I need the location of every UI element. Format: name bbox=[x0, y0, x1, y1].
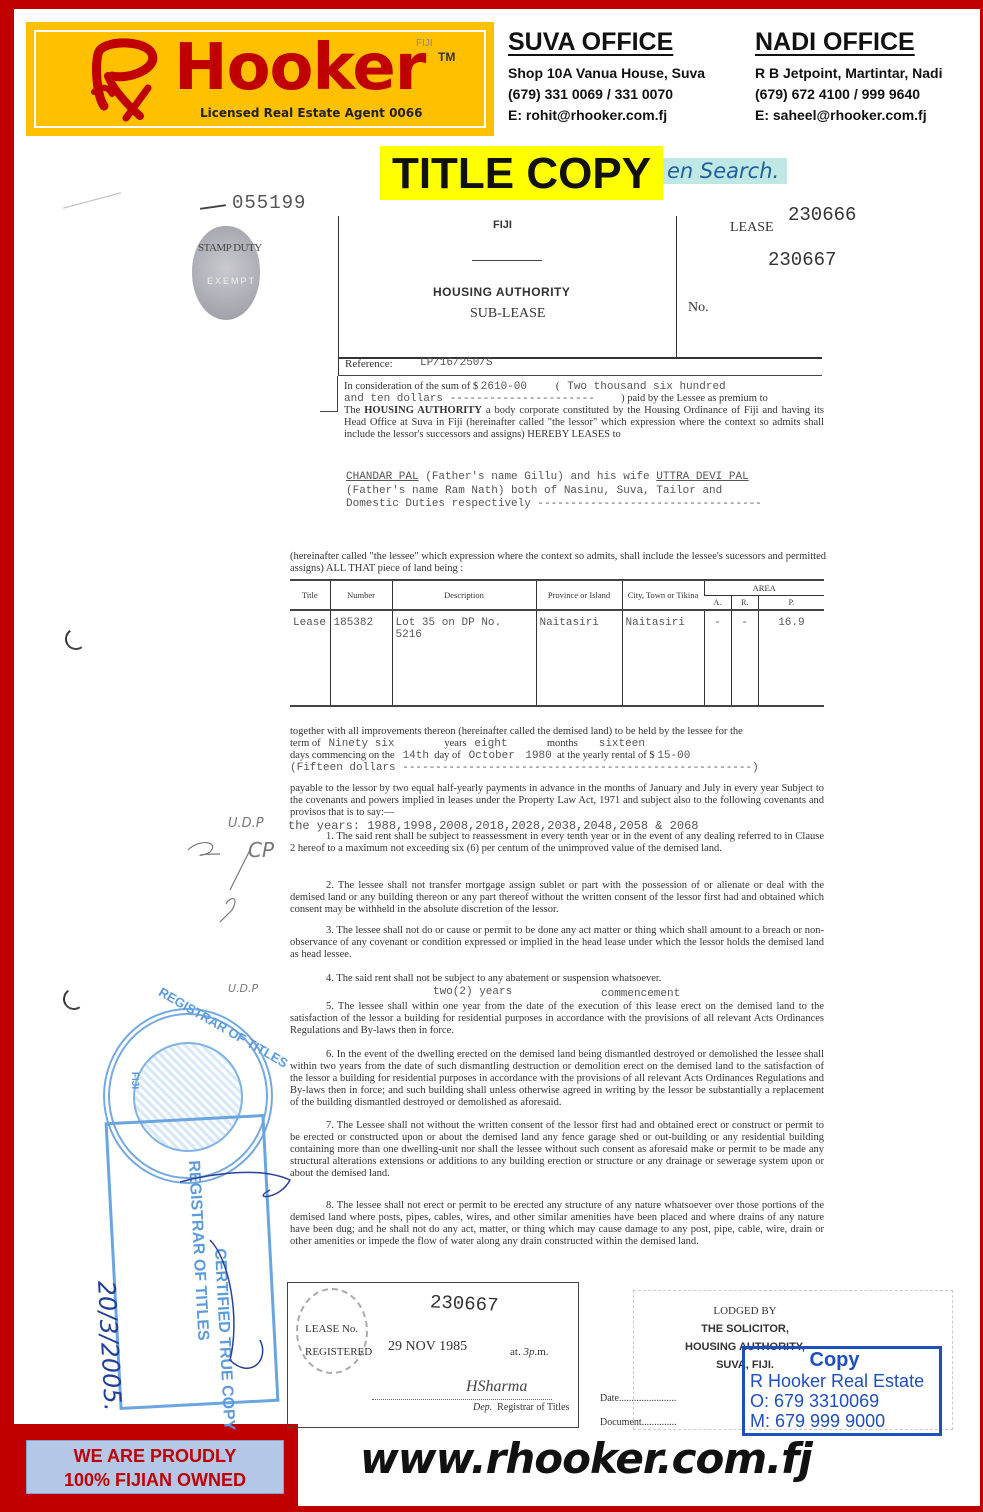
header-divider bbox=[676, 216, 677, 358]
lease-number: 230667 bbox=[768, 249, 836, 271]
header-authority: HOUSING AUTHORITY bbox=[433, 285, 570, 299]
margin-note-udp: U.D.P bbox=[228, 816, 264, 831]
consideration-words-2: and ten dollars ---------------------- bbox=[344, 393, 595, 405]
commence-month: October bbox=[469, 750, 515, 762]
col-area-a: A. bbox=[704, 596, 731, 611]
registrar-signature: HSharma bbox=[466, 1378, 527, 1396]
clause-6-text: 6. In the event of the dwelling erected … bbox=[290, 1049, 824, 1108]
clause-3-text: 3. The lessee shall not do or cause or p… bbox=[290, 925, 824, 960]
registrar-label: Registrar of Titles bbox=[497, 1402, 569, 1413]
lease-number-struck: 230666 bbox=[788, 204, 856, 226]
fijian-owned-line-1: WE ARE PROUDLY bbox=[27, 1444, 283, 1468]
consideration-body-pre: The bbox=[344, 405, 360, 416]
col-city: City, Town or Tikina bbox=[622, 580, 704, 610]
lessee-details-3: Domestic Duties respectively -----------… bbox=[346, 498, 762, 510]
rental-words: (Fifteen dollars -----------------------… bbox=[290, 762, 759, 774]
m-label: .m. bbox=[534, 1346, 548, 1358]
lodged-by-line-1: THE SOLICITOR, bbox=[655, 1320, 835, 1338]
consideration-prefix: In consideration of the sum of $ bbox=[344, 381, 478, 392]
binder-hole-icon bbox=[61, 986, 86, 1011]
registrar-seal-country: FIJI bbox=[129, 1072, 140, 1089]
paren: ( bbox=[556, 381, 560, 392]
rental-label: at the yearly rental of $ bbox=[557, 750, 655, 761]
clause-1: 1. The said rent shall be subject to rea… bbox=[290, 831, 824, 855]
clause-4-text: 4. The said rent shall not be subject to… bbox=[326, 973, 661, 984]
commence-day: 14th bbox=[403, 750, 429, 762]
parcel-table: Title Number Description Province or Isl… bbox=[290, 579, 824, 707]
consideration-body-bold: HOUSING AUTHORITY bbox=[364, 405, 482, 416]
cell-area-a: - bbox=[704, 610, 731, 706]
rental-amount: 15-00 bbox=[657, 750, 690, 762]
consideration-words-1: Two thousand six hundred bbox=[567, 381, 725, 393]
dep-label: Dep. bbox=[473, 1402, 492, 1413]
cell-province: Naitasiri bbox=[536, 610, 622, 706]
document-serial-number: 055199 bbox=[232, 192, 306, 214]
stamp-duty-label: STAMP DUTY bbox=[198, 242, 262, 254]
day-of-label: day of bbox=[434, 750, 461, 761]
at-label: at bbox=[510, 1346, 518, 1358]
clause-7: 7. The Lessee shall not without the writ… bbox=[290, 1120, 824, 1180]
time-value: 3p bbox=[523, 1346, 534, 1358]
clause-2: 2. The lessee shall not transfer mortgag… bbox=[290, 880, 824, 916]
col-province: Province or Island bbox=[536, 580, 622, 610]
hereinafter-paragraph: (hereinafter called "the lessee" which e… bbox=[290, 551, 826, 575]
cell-area-p: 16.9 bbox=[758, 610, 824, 706]
consideration-suffix: ) paid by the Lessee as premium to bbox=[621, 393, 768, 404]
consideration-amount: 2610-00 bbox=[481, 381, 527, 393]
lessee-name-1: CHANDAR PAL bbox=[346, 471, 419, 483]
reference-rule bbox=[338, 375, 822, 376]
clause-4: 4. The said rent shall not be subject to… bbox=[290, 973, 824, 985]
clause-3: 3. The lessee shall not do or cause or p… bbox=[290, 925, 824, 961]
handwritten-initials-icon bbox=[180, 830, 260, 930]
bracket-line bbox=[320, 376, 338, 412]
lodged-date-line: Date....................... bbox=[600, 1393, 676, 1404]
header-rule bbox=[472, 260, 542, 261]
header-doc-type: SUB-LEASE bbox=[470, 306, 545, 322]
col-number: Number bbox=[330, 580, 392, 610]
registration-number: 230667 bbox=[429, 1291, 498, 1317]
margin-note-udp-2: U.D.P bbox=[228, 982, 258, 995]
scan-mark bbox=[63, 192, 121, 208]
col-title: Title bbox=[290, 580, 330, 610]
term-of-label: term of bbox=[290, 738, 321, 749]
fijian-owned-line-2: 100% FIJIAN OWNED bbox=[27, 1468, 283, 1492]
copy-stamp-mobile: M: 679 999 9000 bbox=[750, 1411, 939, 1431]
clause-5-text: 5. The lessee shall within one year from… bbox=[290, 1001, 824, 1036]
clause-7-text: 7. The Lessee shall not without the writ… bbox=[290, 1120, 824, 1179]
fijian-owned-badge: WE ARE PROUDLY 100% FIJIAN OWNED bbox=[26, 1440, 284, 1494]
registered-date: 29 NOV 1985 bbox=[388, 1339, 467, 1355]
payable-paragraph: payable to the lessor by two equal half-… bbox=[290, 783, 824, 819]
header-country: FIJI bbox=[493, 219, 512, 231]
date-label: Date bbox=[600, 1393, 619, 1404]
col-area-r: R. bbox=[731, 596, 758, 611]
table-row: Lease 185382 Lot 35 on DP No. 5216 Naita… bbox=[290, 610, 824, 706]
copy-stamp-company: R Hooker Real Estate bbox=[750, 1371, 939, 1391]
cell-city: Naitasiri bbox=[622, 610, 704, 706]
binder-hole-icon bbox=[63, 626, 88, 651]
no-label: No. bbox=[688, 300, 709, 316]
scanned-sublease-document: 055199 STAMP DUTY EXEMPT FIJI HOUSING AU… bbox=[0, 0, 983, 1512]
col-area: AREA bbox=[704, 580, 824, 596]
lodged-document-line: Document.............. bbox=[600, 1417, 677, 1428]
clause-5-typed-insert-2: commencement bbox=[601, 988, 680, 1000]
cell-description: Lot 35 on DP No. 5216 bbox=[392, 610, 536, 706]
lessee-name-2: UTTRA DEVI PAL bbox=[656, 471, 748, 483]
years-label: years bbox=[444, 738, 466, 749]
website-link[interactable]: www.rhooker.com.fj bbox=[360, 1434, 812, 1483]
copy-stamp-office-phone: O: 679 3310069 bbox=[750, 1391, 939, 1411]
registered-time: at. 3p.m. bbox=[510, 1346, 549, 1358]
cell-area-r: - bbox=[731, 610, 758, 706]
document-label: Document bbox=[600, 1417, 642, 1428]
registrar-of-titles: Dep. Registrar of Titles bbox=[473, 1402, 569, 1413]
clause-5-typed-insert: two(2) years bbox=[433, 986, 512, 998]
clause-8: 8. The lessee shall not erect or permit … bbox=[290, 1200, 824, 1248]
col-description: Description bbox=[392, 580, 536, 610]
clause-2-text: 2. The lessee shall not transfer mortgag… bbox=[290, 880, 824, 915]
term-paragraph: together with all improvements thereon (… bbox=[290, 726, 824, 774]
term-days: sixteen bbox=[599, 738, 645, 750]
registered-label: REGISTERED bbox=[305, 1346, 372, 1358]
scan-mark bbox=[200, 204, 226, 210]
lease-label: LEASE bbox=[730, 220, 774, 236]
term-line-1: together with all improvements thereon (… bbox=[290, 726, 743, 737]
rhooker-copy-stamp: Copy R Hooker Real Estate O: 679 3310069… bbox=[742, 1346, 942, 1436]
clause-1-text: 1. The said rent shall be subject to rea… bbox=[290, 831, 824, 854]
signature-scribble-icon bbox=[170, 1120, 300, 1420]
months-label: months bbox=[547, 738, 578, 749]
copy-stamp-title: Copy bbox=[750, 1349, 939, 1371]
consideration-paragraph: In consideration of the sum of $ 2610-00… bbox=[344, 381, 824, 441]
reference-label: Reference: bbox=[345, 358, 393, 370]
cell-title: Lease bbox=[290, 610, 330, 706]
clause-6: 6. In the event of the dwelling erected … bbox=[290, 1049, 824, 1109]
cell-number: 185382 bbox=[330, 610, 392, 706]
reference-row bbox=[338, 358, 822, 376]
stamp-duty-seal-icon bbox=[192, 226, 260, 320]
clause-8-text: 8. The lessee shall not erect or permit … bbox=[290, 1200, 824, 1247]
registration-lease-label: LEASE No. bbox=[305, 1323, 358, 1335]
col-area-p: P. bbox=[758, 596, 824, 611]
lessee-details-1: (Father's name Gillu) and his wife bbox=[419, 471, 657, 483]
days-label: days commencing on the bbox=[290, 750, 395, 761]
term-months: eight bbox=[474, 738, 507, 750]
lodged-by-label: LODGED BY bbox=[655, 1302, 835, 1320]
lessees-paragraph: CHANDAR PAL (Father's name Gillu) and hi… bbox=[346, 471, 816, 512]
clause-5: 5. The lessee shall within one year from… bbox=[290, 1001, 824, 1037]
stamp-exempt-label: EXEMPT bbox=[207, 276, 256, 286]
commence-year: 1980 bbox=[525, 750, 551, 762]
lessee-details-2: (Father's name Ram Nath) both of Nasinu,… bbox=[346, 485, 722, 497]
signature-dotted-line bbox=[372, 1399, 552, 1400]
reference-value: LP/16/250/S bbox=[420, 357, 493, 369]
term-years: Ninety six bbox=[329, 738, 395, 750]
